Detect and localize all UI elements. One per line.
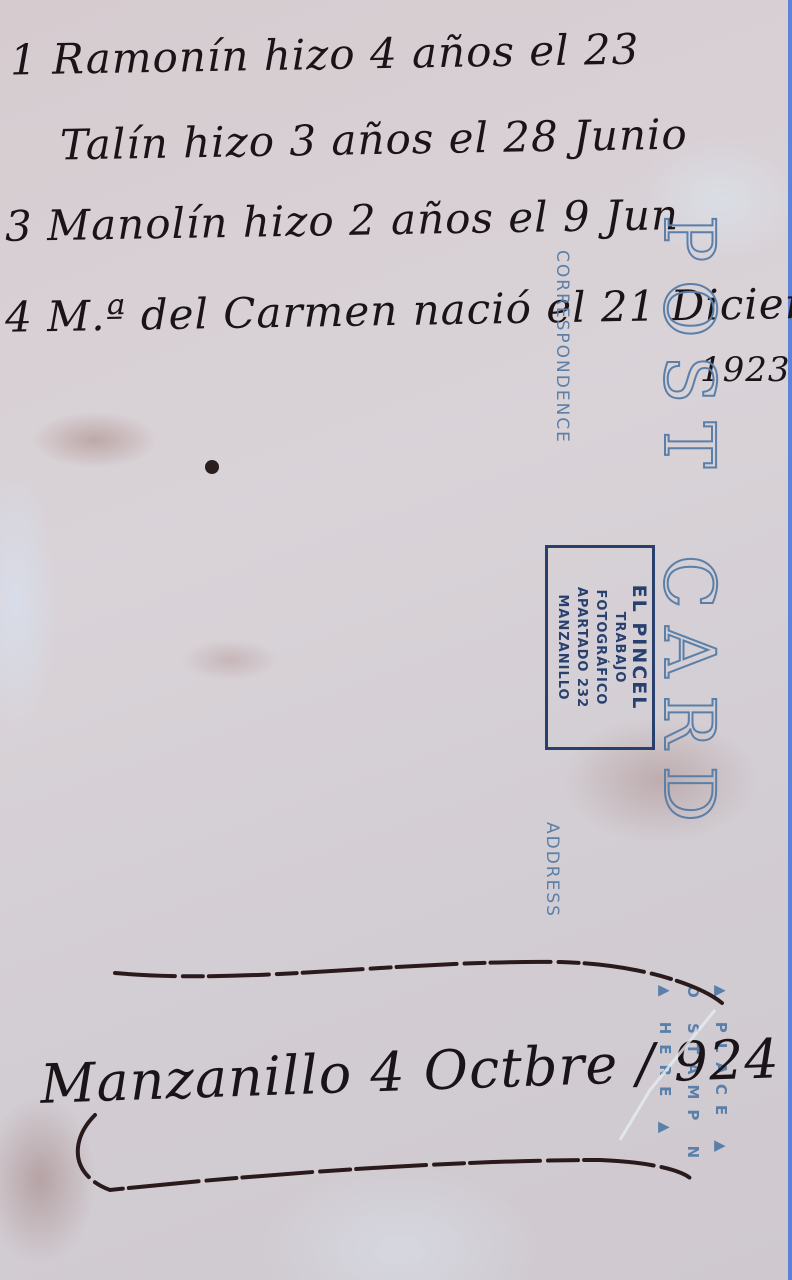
scan-edge	[788, 0, 792, 1280]
printed-correspondence: CORRESPONDENCE	[552, 250, 572, 444]
handwritten-line-1: 1 Ramonín hizo 4 años el 23	[10, 25, 640, 85]
printed-post: POST	[648, 215, 730, 486]
handwritten-line-3: 3 Manolín hizo 2 años el 9 Jun	[5, 190, 680, 251]
studio-stamp-line-1: TRABAJO	[610, 548, 629, 747]
printed-address: ADDRESS	[542, 822, 562, 918]
printed-card: CARD	[648, 555, 730, 840]
studio-stamp-title: EL PINCEL	[629, 548, 648, 747]
studio-stamp: EL PINCEL TRABAJO FOTOGRÁFICO APARTADO 2…	[545, 545, 655, 750]
studio-stamp-line-3: APARTADO 232	[572, 548, 591, 747]
ink-spot	[205, 460, 219, 474]
studio-stamp-line-2: FOTOGRÁFICO	[591, 548, 610, 747]
postcard-back: 1 Ramonín hizo 4 años el 23 Talín hizo 3…	[0, 0, 792, 1280]
handwritten-line-2: Talín hizo 3 años el 28 Junio	[60, 110, 689, 170]
studio-stamp-line-4: MANZANILLO	[553, 548, 572, 747]
